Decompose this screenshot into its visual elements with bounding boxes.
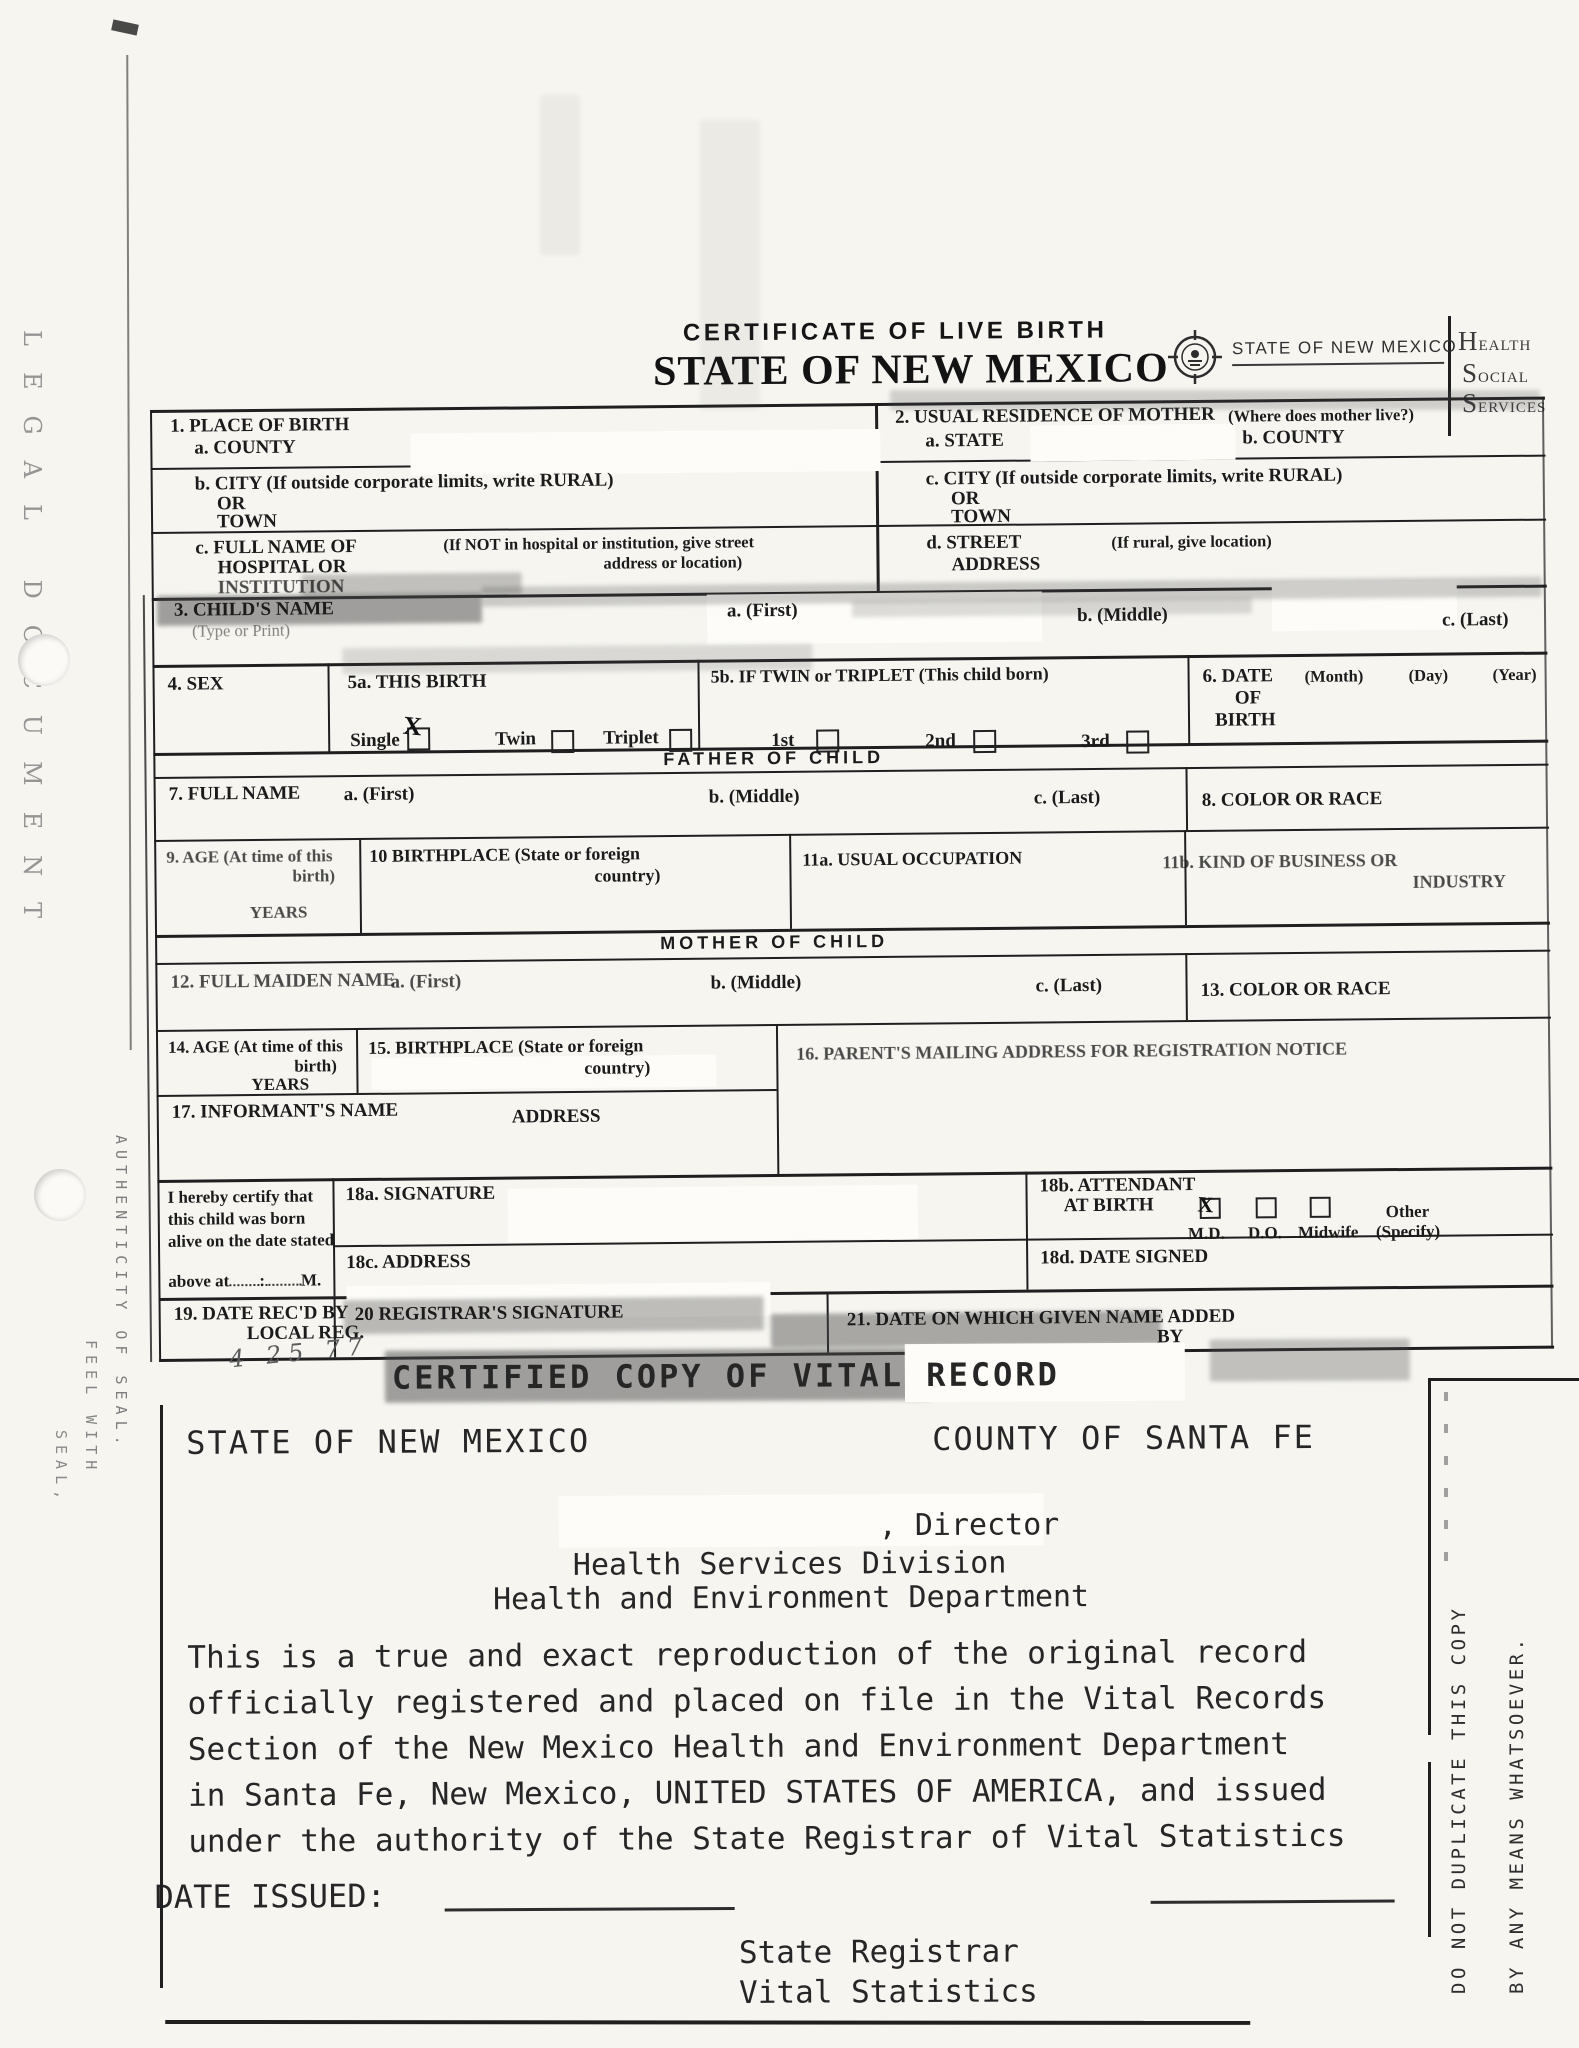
cert-body-line-5: under the authority of the State Registr… xyxy=(188,1818,1345,1860)
cert-block-right-border xyxy=(1428,1378,1431,1735)
certified-copy-title: CERTIFIED COPY OF VITAL RECORD xyxy=(392,1355,1060,1396)
cert-block: CERTIFIED COPY OF VITAL RECORD STATE OF … xyxy=(0,0,1579,2048)
seal-caption: STATE OF NEW MEXICO xyxy=(1232,337,1444,366)
division-line: Health Services Division xyxy=(573,1546,1007,1583)
cert-block-left-border xyxy=(160,1405,163,1988)
smudge-band xyxy=(890,390,1540,410)
date-issued-label: DATE ISSUED: xyxy=(155,1877,386,1916)
cert-block-top-right-border xyxy=(1428,1378,1579,1381)
seal-stamp-line2: FEEL WITH xyxy=(82,1340,100,1560)
cert-block-right-border xyxy=(1428,1762,1431,1937)
cert-body-line-4: in Santa Fe, New Mexico, UNITED STATES O… xyxy=(188,1772,1327,1814)
cert-body-line-2: officially registered and placed on file… xyxy=(187,1680,1326,1722)
registrar-signature-blank xyxy=(1151,1900,1395,1904)
punch-hole xyxy=(34,1169,86,1221)
cert-county-label: COUNTY OF SANTA FE xyxy=(932,1418,1315,1458)
state-seal-icon xyxy=(1166,328,1224,386)
cert-block-bottom-border xyxy=(165,2020,1250,2025)
registrar-title-line2: Vital Statistics xyxy=(739,1973,1038,2011)
registrar-title-line1: State Registrar xyxy=(739,1934,1019,1971)
punch-hole xyxy=(18,634,70,686)
whatsoever-stamp: BY ANY MEANS WHATSOEVER. xyxy=(1506,1452,1528,1994)
cert-state-label: STATE OF NEW MEXICO xyxy=(186,1422,590,1462)
agency-bracket-line xyxy=(1448,316,1451,436)
smudge-band xyxy=(1210,1338,1410,1381)
department-line: Health and Environment Department xyxy=(493,1579,1089,1617)
smudge-band xyxy=(700,120,760,410)
date-issued-blank xyxy=(445,1907,735,1912)
director-title: , Director xyxy=(879,1507,1060,1543)
seal-stamp-line1: SEAL, xyxy=(52,1430,70,1570)
smudge-band xyxy=(540,95,580,255)
do-not-duplicate-stamp: DO NOT DUPLICATE THIS COPY xyxy=(1448,1406,1470,1994)
cert-body-line-1: This is a true and exact reproduction of… xyxy=(187,1634,1307,1676)
seal-stamp-line3: AUTHENTICITY OF SEAL. xyxy=(112,1135,130,1575)
birth-certificate-scan: LEGAL DOCUMENT SEAL, FEEL WITH AUTHENTIC… xyxy=(0,0,1579,2048)
cert-body-line-3: Section of the New Mexico Health and Env… xyxy=(188,1726,1289,1768)
